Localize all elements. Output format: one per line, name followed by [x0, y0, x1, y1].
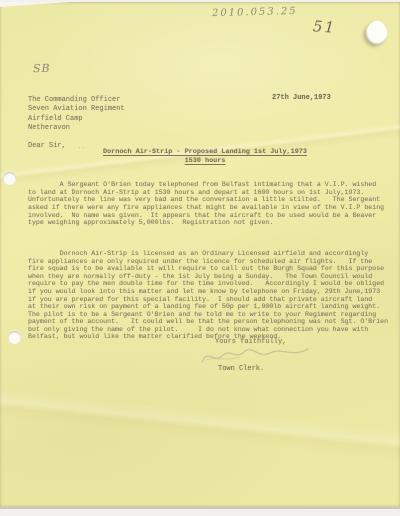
- recipient-address: The Commanding Officer Seven Aviation Re…: [28, 96, 125, 134]
- paragraph-2: Dornoch Air-Strip is licensed as an Ordi…: [28, 250, 396, 341]
- handwritten-initials: SB: [33, 62, 51, 76]
- punch-hole: [8, 331, 21, 344]
- letter-date: 27th June,1973: [272, 94, 331, 102]
- letter-paper: 2010.053.25 51 SB The Commanding Officer…: [0, 2, 400, 507]
- paper-corner-gap: [0, 2, 70, 7]
- handwritten-accession-number: 2010.053.25: [212, 6, 298, 19]
- paragraph-1: A Sergeant O'Brien today telephoned from…: [28, 181, 396, 227]
- paper-tear-hole: [364, 19, 389, 46]
- handwritten-page-number: 51: [312, 17, 336, 37]
- subject-line-2: 1530 hours: [185, 157, 226, 166]
- scanner-background: [0, 507, 400, 516]
- subject-line-1: Dornoch Air-Strip - Proposed Landing 1st…: [103, 148, 307, 157]
- subject-heading: Dornoch Air-Strip - Proposed Landing 1st…: [30, 148, 380, 166]
- scanned-letter-page: 2010.053.25 51 SB The Commanding Officer…: [0, 0, 400, 516]
- punch-hole: [3, 172, 16, 185]
- signoff-title: Town Clerk.: [218, 365, 264, 373]
- letter-body: A Sergeant O'Brien today telephoned from…: [28, 166, 396, 356]
- paper-crease: [0, 382, 400, 462]
